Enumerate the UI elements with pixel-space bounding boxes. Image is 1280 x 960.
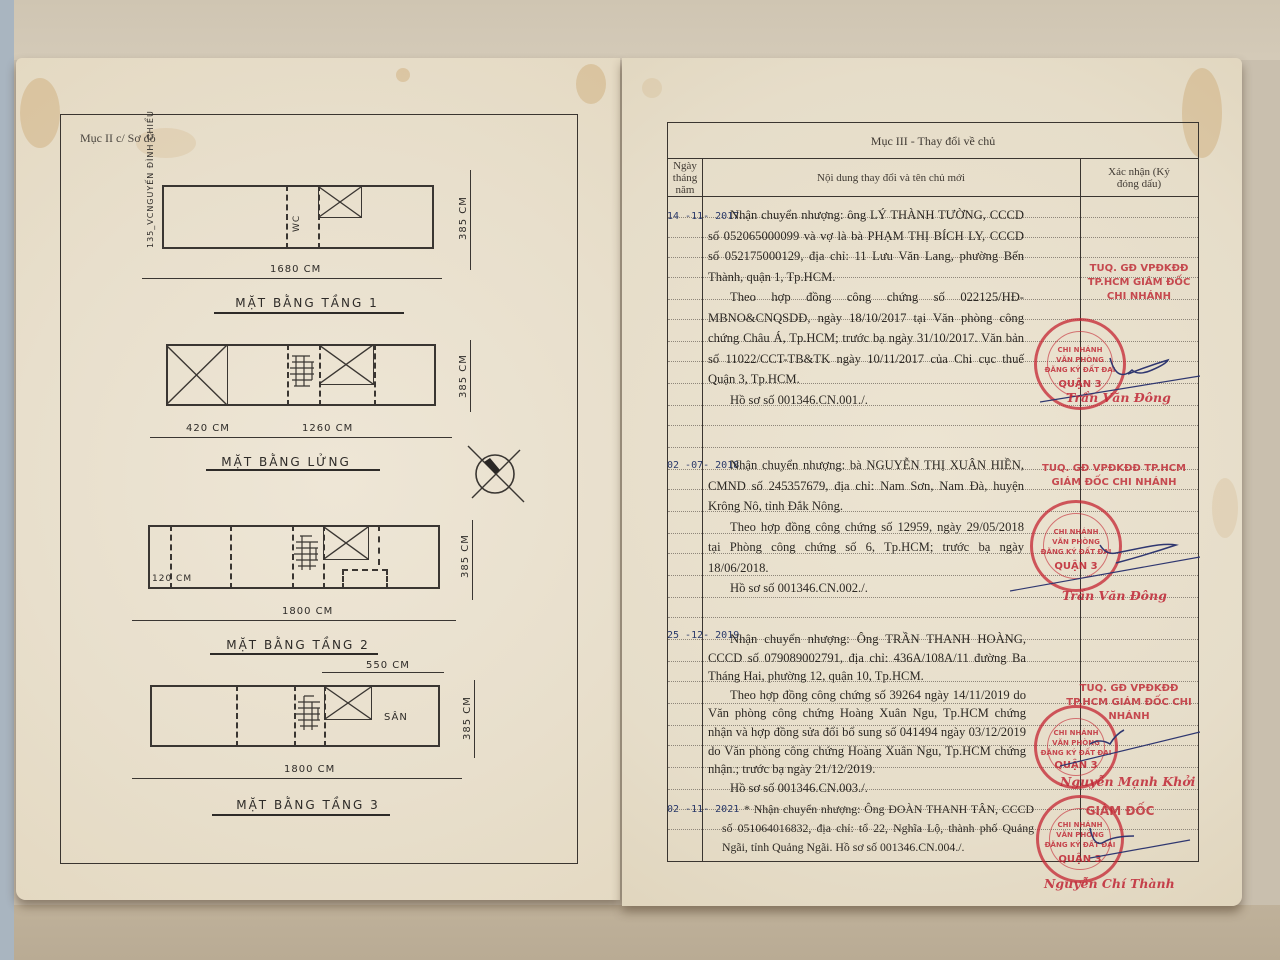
entry-line: Nhận chuyển nhượng: ông LÝ THÀNH TƯỜNG, … [708,205,1024,287]
entry-content: Nhận chuyển nhượng: bà NGUYỄN THỊ XUÂN H… [708,455,1024,599]
table-title: Mục III - Thay đổi về chủ [668,123,1198,159]
dimension-line [142,278,442,279]
void-opening [324,686,372,720]
signer-name: Nguyễn Mạnh Khởi [1060,774,1195,789]
title-underline [210,653,378,655]
header-confirm: Xác nhận (Ký đóng dấu) [1080,159,1198,197]
dimension-line [472,520,473,600]
dimension-line [474,680,475,758]
header-content: Nội dung thay đổi và tên chủ mới [702,159,1080,197]
wall-dashed [230,525,232,589]
dimension-line [150,437,452,438]
header-date: Ngày tháng năm [668,159,702,197]
entry-line: Hồ sơ số 001346.CN.001./. [708,390,1024,411]
dimension-line [470,340,471,412]
staircase-icon [288,350,318,394]
plan-title: MẶT BẰNG TẦNG 3 [208,798,408,812]
dimension-top: 550 CM [366,660,410,671]
signer-name: Trần Văn Đông [1062,588,1167,603]
void-opening [318,186,362,218]
dimension-segment-1: 420 CM [186,423,230,434]
desk-background-bottom [0,905,1280,960]
room-label: SÂN [384,712,408,723]
signature-icon [1060,720,1200,770]
entry-content: * Nhận chuyển nhượng: Ông ĐOÀN THANH TÂN… [722,800,1034,857]
title-underline [206,469,380,471]
dimension-length: 1800 CM [284,764,335,775]
signature-icon [1010,525,1200,595]
plan-title: MẶT BẰNG TẦNG 1 [212,296,402,310]
entry-line: Hồ sơ số 001346.CN.002./. [708,578,1024,599]
desk-background [0,0,1280,60]
ruled-line [668,447,1198,448]
stain [576,64,606,104]
title-underline [212,814,390,816]
dimension-line [132,778,462,779]
title-underline [214,312,404,314]
entry-line: Theo hợp đồng công chứng số 12959, ngày … [708,517,1024,579]
wall-dashed [378,525,380,565]
section-label: Mục II c/ Sơ đồ [80,131,156,146]
entry-content: Nhận chuyển nhượng: Ông TRẦN THANH HOÀNG… [708,630,1026,797]
ruled-line [668,617,1198,618]
plan-title: MẶT BẰNG TẦNG 2 [208,638,388,652]
stain [396,68,410,82]
entry-line: Nhận chuyển nhượng: Ông TRẦN THANH HOÀNG… [708,630,1026,686]
dimension-width: 385 CM [462,696,473,740]
confirm-authority: TUQ. GĐ VPĐKĐĐ TP.HCM GIÁM ĐỐC CHI NHÁNH [1084,262,1194,304]
void-opening [319,345,374,385]
dimension-inner: 120 CM [152,574,192,584]
dimension-width: 385 CM [458,354,469,398]
column-divider [702,159,703,861]
entry-line: Hồ sơ số 001346.CN.003./. [708,779,1026,798]
wall-dashed [374,344,376,406]
dimension-line [132,620,456,621]
stain [20,78,60,148]
room-label: WC [292,215,302,232]
stain [642,78,662,98]
signature-icon [1080,818,1200,868]
signer-name: Trần Văn Đông [1066,390,1171,405]
balcony-outline [342,569,388,589]
compass-north-arrow-icon [460,440,530,510]
dimension-length: 1680 CM [270,264,321,275]
entry-line: Theo hợp đồng công chứng số 39264 ngày 1… [708,686,1026,779]
address-note: 135_VCNGUYẾN ĐÌNH CHIỂU [146,110,155,248]
stain [1212,478,1238,538]
ruled-line [668,425,1198,426]
dimension-line [470,170,471,270]
entry-content: Nhận chuyển nhượng: ông LÝ THÀNH TƯỜNG, … [708,205,1024,410]
staircase-icon [294,692,324,734]
dimension-line [322,672,444,673]
dimension-length: 1800 CM [282,606,333,617]
background-edge [0,0,14,960]
wall-dashed [286,185,288,249]
dimension-width: 385 CM [458,196,469,240]
entry-line: * Nhận chuyển nhượng: Ông ĐOÀN THANH TÂN… [722,800,1034,857]
confirm-authority: TUQ. GĐ VPĐKĐĐ TP.HCM GIÁM ĐỐC CHI NHÁNH [1034,462,1194,490]
entry-line: Nhận chuyển nhượng: bà NGUYỄN THỊ XUÂN H… [708,455,1024,517]
wall-dashed [236,685,238,747]
entry-line: Theo hợp đồng công chứng số 022125/HĐ-MB… [708,287,1024,390]
void-opening [166,345,228,405]
dimension-segment-2: 1260 CM [302,423,353,434]
signer-name: Nguyễn Chí Thành [1044,876,1175,891]
staircase-icon [292,532,322,576]
plan-title: MẶT BẰNG LỬNG [206,455,366,469]
dimension-width: 385 CM [460,534,471,578]
void-opening [323,526,369,560]
